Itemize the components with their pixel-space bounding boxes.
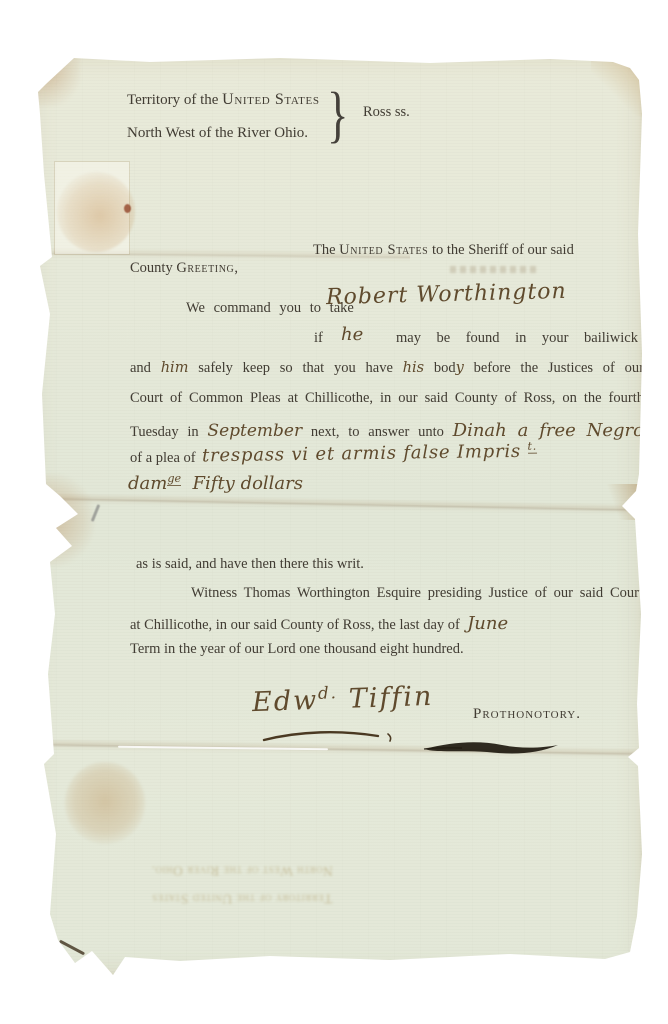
tuesday-printed: Tuesday in [130,424,199,440]
tuesday-line: Tuesday in September next, to answer unt… [130,420,644,442]
bleed-through-text: Territory of the United States North Wes… [92,856,392,913]
bailiwick-line: may be found in your bailiwick [396,330,638,347]
bleed-through-line: Territory of the United States [92,884,392,912]
brace-glyph: } [327,80,348,151]
if-word: if [314,330,323,347]
body-y-handwritten: y [456,360,464,376]
plea-printed: of a plea of [130,450,196,467]
pronoun-handwritten: he [341,324,363,345]
bottom-left-tear-mark [59,940,85,956]
address-the: The [313,242,339,258]
keep-and: and [130,360,151,376]
answer-printed: next, to answer unto [311,424,444,440]
prothonotary-title: Prothonotory. [473,705,581,723]
writ-line: as is said, and have then there this wri… [136,556,364,573]
plea-handwritten: trespass vi et armis false Impris t. [202,440,537,467]
address-line: The United States to the Sheriff of our … [313,242,574,259]
defendant-name-handwritten: Robert Worthington [326,279,567,310]
territory-caption-line1: Territory of the United States [127,90,320,109]
right-edge-dogear [605,484,639,520]
term-line: Term in the year of our Lord one thousan… [130,641,464,658]
signature-first: Edw [252,685,319,718]
faded-erased-scribble [450,266,536,273]
signature-handwritten: Edwd. Tiffin [251,679,433,718]
signature-superscript: d. [318,682,339,703]
witness-line-1: Witness Thomas Worthington Esquire presi… [191,585,643,602]
keep-text: safely keep so that you have [198,360,393,376]
court-line: Court of Common Pleas at Chillicothe, in… [130,390,644,407]
plea-handwritten-text: trespass vi et armis false Impris [202,441,521,466]
body-word: body [434,360,464,376]
territory-text: Territory of the [127,92,222,108]
fold-crease-middle [30,492,643,516]
fold-crack-line [118,746,328,751]
term-month-handwritten: June [467,613,508,634]
territory-united-states: United States [222,91,319,108]
round-stain-upper [57,172,135,252]
keep-line: and him safely keep so that you have his… [130,360,644,377]
damages-handwritten: damge Fifty dollars [128,472,303,494]
greeting-word: Greeting, [176,260,238,276]
address-united-states: United States [339,242,428,258]
greeting-line: County Greeting, [130,260,239,277]
territory-caption-line2: North West of the River Ohio. [127,124,308,142]
document-paper-sheet: Territory of the United States North Wes… [30,54,643,975]
gray-pen-scratch [91,504,101,522]
damages-abbrev: dam [128,473,167,494]
address-sheriff: to the Sheriff of our said [428,242,574,258]
greeting-county: County [130,260,176,276]
bleed-through-line: North West of the River Ohio. [92,856,392,884]
jurisdiction-mark: Ross ss. [363,104,410,121]
ink-smear [422,739,562,757]
month-handwritten: September [207,421,302,441]
signature-last: Tiffin [338,681,434,715]
signature-flourish [260,728,410,744]
him-handwritten: him [161,360,189,376]
justices-text: before the Justices of our [474,360,644,376]
left-edge-tear-fringe [38,474,94,566]
damages-amount: Fifty dollars [193,473,303,494]
top-left-tear-fringe [30,54,80,106]
damages-superscript: ge [167,472,181,486]
plea-superscript: t. [527,440,537,454]
plaintiff-handwritten: Dinah a free Negro [453,420,644,441]
his-handwritten: his [403,360,424,376]
top-right-corner-curl [591,54,643,116]
round-stain-lower [65,762,145,844]
witness-line-2: at Chillicothe, in our said County of Ro… [130,613,508,635]
body-printed-part: bod [434,360,456,376]
witness-line-2-text: at Chillicothe, in our said County of Ro… [130,617,460,633]
red-brown-spot [124,204,131,213]
